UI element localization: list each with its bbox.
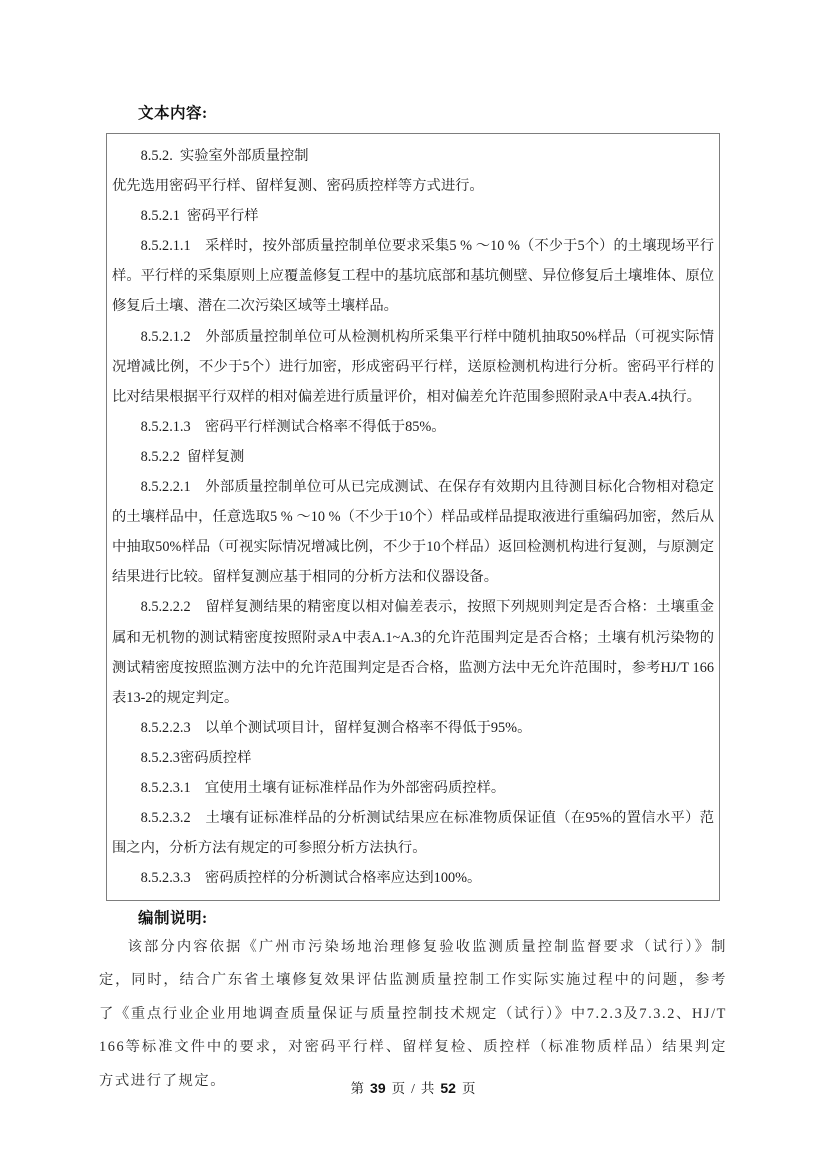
text-paragraph: 8.5.2.2.1 外部质量控制单位可从已完成测试、在保存有效期内且待测目标化合… bbox=[112, 472, 714, 592]
text-paragraph: 8.5.2.2 留样复测 bbox=[112, 442, 714, 472]
compilation-notes-paragraph: 该部分内容依据《广州市污染场地治理修复验收监测质量控制监督要求（试行）》制定，同… bbox=[99, 931, 727, 1098]
text-paragraph: 8.5.2. 实验室外部质量控制 bbox=[112, 141, 714, 171]
footer-page-label: 页 bbox=[392, 1081, 406, 1096]
text-paragraph: 8.5.2.1.2 外部质量控制单位可从检测机构所采集平行样中随机抽取50%样品… bbox=[112, 322, 714, 412]
text-paragraph: 优先选用密码平行样、留样复测、密码质控样等方式进行。 bbox=[112, 171, 714, 201]
footer-total-suffix: 页 bbox=[462, 1081, 476, 1096]
document-page: 文本内容: 8.5.2. 实验室外部质量控制优先选用密码平行样、留样复测、密码质… bbox=[0, 0, 826, 1169]
footer-prefix: 第 bbox=[351, 1081, 365, 1096]
text-paragraph: 8.5.2.3密码质控样 bbox=[112, 743, 714, 773]
text-paragraph: 8.5.2.3.2 土壤有证标准样品的分析测试结果应在标准物质保证值（在95%的… bbox=[112, 803, 714, 863]
footer-total-label: 共 bbox=[421, 1081, 435, 1096]
footer-separator: / bbox=[411, 1081, 415, 1096]
compilation-notes-heading: 编制说明: bbox=[138, 906, 208, 928]
text-paragraph: 8.5.2.2.3 以单个测试项目计，留样复测合格率不得低于95%。 bbox=[112, 713, 714, 743]
text-paragraph: 8.5.2.3.3 密码质控样的分析测试合格率应达到100%。 bbox=[112, 863, 714, 893]
text-paragraph: 8.5.2.1.1 采样时，按外部质量控制单位要求采集5 % ～10 %（不少于… bbox=[112, 231, 714, 321]
footer-total-pages: 52 bbox=[440, 1080, 456, 1096]
page-footer: 第39页/共52页 bbox=[0, 1077, 826, 1097]
text-paragraph: 8.5.2.3.1 宜使用土壤有证标准样品作为外部密码质控样。 bbox=[112, 773, 714, 803]
text-paragraph: 8.5.2.2.2 留样复测结果的精密度以相对偏差表示，按照下列规则判定是否合格… bbox=[112, 592, 714, 712]
text-paragraph: 8.5.2.1.3 密码平行样测试合格率不得低于85%。 bbox=[112, 412, 714, 442]
footer-page-number: 39 bbox=[370, 1080, 386, 1096]
text-content-heading: 文本内容: bbox=[138, 101, 208, 123]
text-content-box: 8.5.2. 实验室外部质量控制优先选用密码平行样、留样复测、密码质控样等方式进… bbox=[106, 133, 720, 901]
text-paragraph: 8.5.2.1 密码平行样 bbox=[112, 201, 714, 231]
